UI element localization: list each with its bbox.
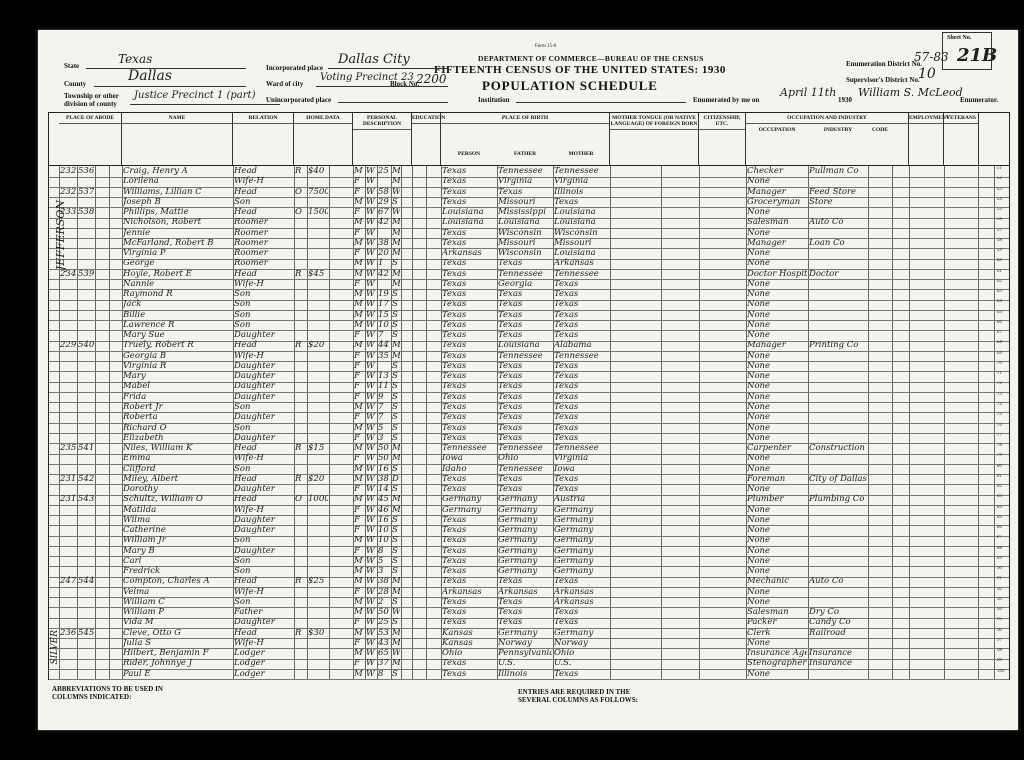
cell-sex: M — [354, 556, 364, 566]
cell-bp: Texas — [442, 474, 496, 484]
cell-ind: Railroad — [809, 628, 867, 638]
line-number: 67 — [997, 330, 1007, 335]
cell-rel: Daughter — [234, 484, 292, 494]
cell-ms: S — [392, 433, 400, 443]
cell-ind: Auto Co — [809, 576, 867, 586]
cell-rel: Son — [234, 535, 292, 545]
cell-ms: M — [392, 638, 400, 648]
cell-bp: Ohio — [442, 648, 496, 658]
state-value: Texas — [118, 52, 152, 66]
cell-sex: M — [354, 217, 364, 227]
cell-mbp: Tennessee — [554, 443, 609, 453]
cell-race: W — [366, 638, 376, 648]
cell-sex: M — [354, 628, 364, 638]
cell-mbp: Texas — [554, 423, 609, 433]
cell-occ: Carpenter — [747, 443, 807, 453]
institution-label: Institution — [478, 96, 510, 104]
cell-mbp: Germany — [554, 556, 609, 566]
cell-sex: M — [354, 238, 364, 248]
cell-ms: S — [392, 464, 400, 474]
cell-home: R — [295, 576, 306, 586]
cell-race: W — [366, 464, 376, 474]
line-number: 61 — [997, 269, 1007, 274]
cell-ms: S — [392, 617, 400, 627]
cell-ms: M — [392, 505, 400, 515]
cell-ind: Printing Co — [809, 340, 867, 350]
line-number: 75 — [997, 412, 1007, 417]
cell-age: 3 — [378, 433, 390, 443]
cell-occ: None — [747, 638, 807, 648]
line-number: 64 — [997, 299, 1007, 304]
abbreviations-title: ABBREVIATIONS TO BE USED IN COLUMNS INDI… — [52, 685, 192, 701]
sheet-value: 21B — [957, 45, 997, 66]
cell-mbp: U.S. — [554, 658, 609, 668]
cell-ms: S — [392, 371, 400, 381]
cell-age: 38 — [378, 576, 390, 586]
cell-ind: Dry Co — [809, 607, 867, 617]
cell-mbp: Texas — [554, 617, 609, 627]
cell-bp: Texas — [442, 607, 496, 617]
cell-fbp: Missouri — [498, 238, 552, 248]
line-number: 77 — [997, 433, 1007, 438]
cell-name: Emma — [123, 453, 232, 463]
cell-fbp: Louisiana — [498, 340, 552, 350]
cell-sex: F — [354, 505, 364, 515]
cell-occ: None — [747, 279, 807, 289]
group-veterans: VETERANS — [944, 113, 979, 165]
cell-ms: M — [392, 248, 400, 258]
cell-fam: 544 — [78, 576, 94, 586]
cell-rel: Son — [234, 310, 292, 320]
cell-race: W — [366, 197, 376, 207]
cell-race: W — [366, 535, 376, 545]
cell-bp: Texas — [442, 351, 496, 361]
cell-ms: M — [392, 628, 400, 638]
cell-race: W — [366, 299, 376, 309]
cell-ms: S — [392, 197, 400, 207]
cell-occ: None — [747, 176, 807, 186]
cell-age: 53 — [378, 628, 390, 638]
cell-name: Lawrence R — [123, 320, 232, 330]
cell-bp: Texas — [442, 197, 496, 207]
cell-race: W — [366, 556, 376, 566]
cell-rel: Daughter — [234, 546, 292, 556]
cell-dw: 231 — [60, 474, 76, 484]
cell-sex: M — [354, 443, 364, 453]
incorporated-value: Dallas City — [338, 52, 410, 67]
cell-fbp: Texas — [498, 258, 552, 268]
cell-mbp: Texas — [554, 310, 609, 320]
cell-rel: Daughter — [234, 515, 292, 525]
cell-bp: Texas — [442, 310, 496, 320]
line-number: 74 — [997, 402, 1007, 407]
cell-fbp: Texas — [498, 392, 552, 402]
cell-occ: None — [747, 207, 807, 217]
cell-name: Velma — [123, 587, 232, 597]
cell-bp: Texas — [442, 330, 496, 340]
cell-sex: M — [354, 166, 364, 176]
sd-value: 10 — [918, 66, 936, 82]
cell-mbp: Ohio — [554, 648, 609, 658]
cell-fam: 541 — [78, 443, 94, 453]
cell-occ: None — [747, 371, 807, 381]
unincorporated-line — [338, 88, 448, 103]
cell-bp: Texas — [442, 361, 496, 371]
cell-age: 19 — [378, 289, 390, 299]
cell-race: W — [366, 658, 376, 668]
cell-sex: M — [354, 289, 364, 299]
group-place-of-birth: PLACE OF BIRTH PERSON FATHER MOTHER — [441, 113, 610, 165]
cell-age: 44 — [378, 340, 390, 350]
cell-rel: Son — [234, 423, 292, 433]
cell-age: 50 — [378, 607, 390, 617]
cell-fbp: Mississippi — [498, 207, 552, 217]
cell-occ: Clerk — [747, 628, 807, 638]
cell-rel: Wife-H — [234, 279, 292, 289]
cell-occ: None — [747, 505, 807, 515]
cell-race: W — [366, 505, 376, 515]
cell-mbp: Arkansas — [554, 587, 609, 597]
cell-sex: M — [354, 648, 364, 658]
cell-mbp: Arkansas — [554, 258, 609, 268]
group-citizenship: CITIZENSHIP, ETC. — [699, 113, 746, 165]
line-number: 57 — [997, 228, 1007, 233]
cell-fam: 538 — [78, 207, 94, 217]
cell-bp: Texas — [442, 535, 496, 545]
population-table: PLACE OF ABODE NAME RELATION HOME DATA P… — [48, 112, 1010, 680]
cell-occ: Salesman — [747, 607, 807, 617]
cell-age: 2 — [378, 597, 390, 607]
cell-mbp: Texas — [554, 330, 609, 340]
cell-fbp: Norway — [498, 638, 552, 648]
cell-occ: None — [747, 258, 807, 268]
cell-occ: Doctor Hospital — [747, 269, 807, 279]
cell-fam: 543 — [78, 494, 94, 504]
cell-ind: Feed Store — [809, 187, 867, 197]
cell-ind: City of Dallas — [809, 474, 867, 484]
cell-bp: Texas — [442, 433, 496, 443]
cell-occ: None — [747, 669, 807, 679]
cell-age: 15 — [378, 310, 390, 320]
cell-sex: M — [354, 494, 364, 504]
cell-ms: Wd — [392, 607, 400, 617]
cell-race: W — [366, 597, 376, 607]
cell-rel: Lodger — [234, 658, 292, 668]
cell-occ: Checker — [747, 166, 807, 176]
cell-age: 10 — [378, 525, 390, 535]
cell-age: 50 — [378, 443, 390, 453]
cell-rel: Son — [234, 402, 292, 412]
cell-name: Mary Sue — [123, 330, 232, 340]
cell-bp: Texas — [442, 556, 496, 566]
cell-val: 10000 — [308, 494, 328, 504]
cell-rel: Daughter — [234, 617, 292, 627]
cell-fbp: Tennessee — [498, 464, 552, 474]
cell-sex: M — [354, 269, 364, 279]
cell-fam: 542 — [78, 474, 94, 484]
line-number: 98 — [997, 648, 1007, 653]
cell-rel: Wife-H — [234, 638, 292, 648]
line-number: 100 — [997, 669, 1007, 674]
cell-mbp: Texas — [554, 669, 609, 679]
cell-occ: None — [747, 535, 807, 545]
cell-race: W — [366, 566, 376, 576]
cell-val: $20 — [308, 340, 328, 350]
cell-ms: Wd — [392, 187, 400, 197]
cell-name: Paul E — [123, 669, 232, 679]
cell-rel: Head — [234, 576, 292, 586]
cell-sex: F — [354, 515, 364, 525]
cell-bp: Arkansas — [442, 587, 496, 597]
cell-occ: None — [747, 402, 807, 412]
enumerator-label: Enumerator. — [960, 96, 998, 104]
cell-ms: S — [392, 299, 400, 309]
cell-age: 10 — [378, 535, 390, 545]
cell-home: R — [295, 166, 306, 176]
cell-dw: 231 — [60, 494, 76, 504]
cell-fbp: Pennsylvania — [498, 648, 552, 658]
cell-race: W — [366, 587, 376, 597]
cell-race: W — [366, 361, 376, 371]
cell-ms: S — [392, 484, 400, 494]
cell-mbp: Texas — [554, 433, 609, 443]
cell-race: W — [366, 269, 376, 279]
cell-sex: M — [354, 474, 364, 484]
cell-rel: Son — [234, 566, 292, 576]
cell-occ: None — [747, 351, 807, 361]
cell-sex: F — [354, 617, 364, 627]
cell-occ: None — [747, 392, 807, 402]
cell-age: 3 — [378, 566, 390, 576]
cell-mbp: Texas — [554, 371, 609, 381]
line-number: 54 — [997, 197, 1007, 202]
cell-mbp: Germany — [554, 535, 609, 545]
cell-bp: Texas — [442, 515, 496, 525]
cell-rel: Daughter — [234, 412, 292, 422]
line-number: 65 — [997, 310, 1007, 315]
cell-name: Compton, Charles A — [123, 576, 232, 586]
cell-race: W — [366, 576, 376, 586]
line-number: 95 — [997, 617, 1007, 622]
cell-name: William C — [123, 597, 232, 607]
cell-mbp: Texas — [554, 361, 609, 371]
cell-occ: None — [747, 464, 807, 474]
cell-mbp: Texas — [554, 320, 609, 330]
cell-occ: Plumber — [747, 494, 807, 504]
cell-occ: None — [747, 587, 807, 597]
cell-name: Jack — [123, 299, 232, 309]
cell-bp: Louisiana — [442, 217, 496, 227]
cell-dw: 236 — [60, 628, 76, 638]
cell-bp: Germany — [442, 505, 496, 515]
cell-ms: S — [392, 320, 400, 330]
subheader-mother: MOTHER — [553, 151, 609, 157]
cell-race: W — [366, 176, 376, 186]
cell-mbp: Germany — [554, 628, 609, 638]
state-line — [86, 54, 246, 69]
cell-occ: Stenographer — [747, 658, 807, 668]
block-value: 2200 — [416, 72, 447, 86]
cell-fam: 545 — [78, 628, 94, 638]
line-number: 97 — [997, 638, 1007, 643]
line-number: 52 — [997, 176, 1007, 181]
cell-occ: None — [747, 381, 807, 391]
cell-name: Georgia B — [123, 351, 232, 361]
cell-mbp: Texas — [554, 474, 609, 484]
county-label: County — [64, 80, 86, 88]
cell-age: 9 — [378, 392, 390, 402]
cell-ind: Store — [809, 197, 867, 207]
cell-sex: F — [354, 525, 364, 535]
cell-home: R — [295, 340, 306, 350]
cell-ms: S — [392, 330, 400, 340]
line-number: 94 — [997, 607, 1007, 612]
cell-sex: M — [354, 464, 364, 474]
cell-rel: Father — [234, 607, 292, 617]
enumerated-year: 1930 — [838, 96, 852, 104]
cell-age: 17 — [378, 299, 390, 309]
cell-race: W — [366, 423, 376, 433]
cell-name: Richard O — [123, 423, 232, 433]
cell-ms: M — [392, 658, 400, 668]
line-number: 86 — [997, 525, 1007, 530]
cell-race: W — [366, 433, 376, 443]
line-number: 83 — [997, 494, 1007, 499]
cell-ms: M — [392, 166, 400, 176]
cell-race: W — [366, 484, 376, 494]
cell-rel: Head — [234, 269, 292, 279]
cell-rel: Lodger — [234, 648, 292, 658]
cell-mbp: Germany — [554, 546, 609, 556]
cell-race: W — [366, 320, 376, 330]
cell-age: 11 — [378, 381, 390, 391]
cell-name: Frida — [123, 392, 232, 402]
line-number: 59 — [997, 248, 1007, 253]
cell-bp: Texas — [442, 402, 496, 412]
cell-ms: M — [392, 494, 400, 504]
cell-race: W — [366, 187, 376, 197]
cell-fbp: Wisconsin — [498, 228, 552, 238]
cell-dw: 235 — [60, 443, 76, 453]
cell-race: W — [366, 546, 376, 556]
cell-rel: Son — [234, 299, 292, 309]
cell-home: O — [295, 207, 306, 217]
cell-bp: Texas — [442, 269, 496, 279]
cell-rel: Roomer — [234, 217, 292, 227]
cell-rel: Head — [234, 187, 292, 197]
cell-ms: M — [392, 576, 400, 586]
cell-rel: Daughter — [234, 330, 292, 340]
cell-fbp: Arkansas — [498, 587, 552, 597]
cell-fbp: Missouri — [498, 197, 552, 207]
line-number: 93 — [997, 597, 1007, 602]
line-number: 73 — [997, 392, 1007, 397]
cell-sex: M — [354, 402, 364, 412]
line-number: 85 — [997, 515, 1007, 520]
enumerated-date: April 11th — [780, 86, 836, 99]
cell-name: William Jr — [123, 535, 232, 545]
cell-sex: M — [354, 535, 364, 545]
cell-rel: Head — [234, 166, 292, 176]
cell-ind: Auto Co — [809, 217, 867, 227]
cell-occ: Manager — [747, 340, 807, 350]
cell-sex: F — [354, 187, 364, 197]
subheader-code: CODE — [868, 127, 892, 133]
cell-age: 20 — [378, 248, 390, 258]
cell-race: W — [366, 515, 376, 525]
cell-fbp: Texas — [498, 320, 552, 330]
cell-rel: Son — [234, 320, 292, 330]
cell-sex: F — [354, 176, 364, 186]
line-number: 69 — [997, 351, 1007, 356]
cell-sex: M — [354, 566, 364, 576]
cell-fbp: Texas — [498, 289, 552, 299]
cell-bp: Texas — [442, 381, 496, 391]
cell-name: Virginia R — [123, 361, 232, 371]
cell-fam: 536 — [78, 166, 94, 176]
cell-name: Catherine — [123, 525, 232, 535]
cell-bp: Louisiana — [442, 207, 496, 217]
line-number: 76 — [997, 423, 1007, 428]
cell-mbp: Texas — [554, 607, 609, 617]
ward-label: Ward of city — [266, 80, 303, 88]
cell-dw: 232 — [60, 166, 76, 176]
cell-ind: Insurance — [809, 658, 867, 668]
cell-rel: Roomer — [234, 248, 292, 258]
cell-fbp: Texas — [498, 617, 552, 627]
cell-age: 16 — [378, 464, 390, 474]
cell-val: $20 — [308, 474, 328, 484]
cell-home: R — [295, 269, 306, 279]
cell-name: Carl — [123, 556, 232, 566]
cell-name: Virginia P — [123, 248, 232, 258]
line-number: 70 — [997, 361, 1007, 366]
cell-age: 38 — [378, 238, 390, 248]
cell-bp: Texas — [442, 576, 496, 586]
cell-age: 38 — [378, 474, 390, 484]
township-value: Justice Precinct 1 (part) — [134, 90, 255, 101]
cell-race: W — [366, 310, 376, 320]
cell-home: R — [295, 443, 306, 453]
cell-occ: Foreman — [747, 474, 807, 484]
cell-age: 25 — [378, 617, 390, 627]
cell-occ: None — [747, 597, 807, 607]
cell-age: 67 — [378, 207, 390, 217]
cell-age: 7 — [378, 330, 390, 340]
line-number: 91 — [997, 576, 1007, 581]
cell-occ: None — [747, 310, 807, 320]
cell-fbp: Germany — [498, 566, 552, 576]
cell-fbp: Ohio — [498, 453, 552, 463]
cell-age: 1 — [378, 258, 390, 268]
cell-rel: Wife-H — [234, 351, 292, 361]
group-name: NAME — [122, 113, 233, 165]
cell-sex: M — [354, 299, 364, 309]
group-personal-description: PERSONAL DESCRIPTION — [353, 113, 412, 165]
cell-ms: M — [392, 587, 400, 597]
cell-bp: Texas — [442, 617, 496, 627]
cell-name: Niles, William K — [123, 443, 232, 453]
cell-ms: S — [392, 556, 400, 566]
institution-line — [516, 88, 686, 103]
cell-sex: F — [354, 248, 364, 258]
cell-rel: Daughter — [234, 433, 292, 443]
cell-sex: F — [354, 207, 364, 217]
cell-dw: 232 — [60, 187, 76, 197]
cell-sex: F — [354, 228, 364, 238]
cell-fbp: Texas — [498, 474, 552, 484]
group-occupation-industry: OCCUPATION AND INDUSTRY OCCUPATION INDUS… — [746, 113, 909, 165]
